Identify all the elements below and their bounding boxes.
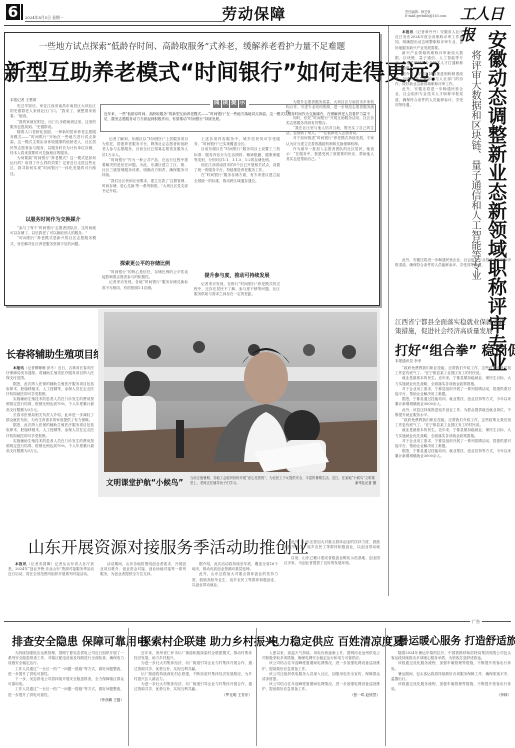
paragraph: 此外，安徽还将进一步畅通民营企业、社会组织专业技术人才职称申报渠道，确保符合条件… [395, 258, 511, 268]
reading-tip-char: 阅 [213, 100, 221, 108]
paragraph: “我们社区快和区里要求，建立完善了‘注册管理、时间存储、爱心兑换’等一系列制度。… [102, 179, 188, 195]
paragraph: 长春市医保局相关负责人介绍，此举进一步减轻了群众就医负担，为有生育需求的家庭提供… [6, 413, 94, 423]
paragraph: 新兴产业领域的职称评审新设大数据、区块链、量子通信、人工智能等专业，为相关领域的… [395, 51, 463, 72]
lead-label: 本报讯 [402, 30, 413, 34]
paragraph: 对于如何推进“时间银行”养老模式持续发展，专家认为应当建立完善的激励机制和兑换保… [286, 136, 374, 146]
paragraph: “政府免费教我们职业技能，还帮我们介绍工作，这些政策让我们找工作更有底气了。”在… [395, 418, 511, 428]
editor-email: E-mail:grrbshb@163.com [405, 14, 446, 18]
paragraph: “参与了每个‘时间银行’志愿者团队后，这时间就可以存储了，以后我老了可以换取别人… [10, 226, 96, 236]
paragraph: 为持续加强低压运维管理，国网宁夏吴忠供电公司近日组织开展了一系列安全隐患排查工作… [8, 651, 124, 667]
paragraph: 此外，该县还持续推进返乡创业工作，为群众提供就近就业岗位，不断提升就业服务水平。 [395, 408, 511, 418]
paragraph: 活动期间，山东各地将围绕创业者需求，开展创业项目推介、创业资金对接、创业场地对接… [100, 562, 186, 578]
right-column-rule [388, 26, 389, 596]
jiangxi-headline: 打好“组合拳” 稳岗促就业 [395, 340, 515, 359]
ad-story-4-body: 随着2024年暑运序幕的拉开，中国铁路呼和浩特局集团有限公司包头客运段持续推出多… [391, 651, 511, 745]
paragraph: 就业是最基本的民生。近年来，宁都县紧扣稳就业、保民生目标，大力实施就业优先战略，… [395, 428, 511, 438]
ad-column-rule-2 [256, 628, 257, 746]
paragraph: 据悉，此次纳入医保的辅助生殖医疗服务项目包括取卵术、胚胎移植术、人工授精等，参保… [6, 382, 94, 398]
paragraph: 暑运期间，包头客运段将持续做好各项服务保障工作，确保旅客平安、温馨出行。 [391, 672, 511, 682]
right-story-subtitle: 将评审大数据和区块链、量子通信和人工智能等专业 [468, 50, 482, 280]
ad-story-3-credit: （张一鸣 赵欣然） [262, 693, 380, 698]
paragraph: 记者了解到，东湖区以“时间银行”上居服务项目为依托，搭建养老服务平台，吸纳社会志… [102, 137, 188, 158]
paragraph: “时间银行”的核心是信任，存储比例的公平性直接影响着志愿者参与的积极性。 [102, 270, 188, 280]
paragraph: 工作人员通过“一台区一档”“一问题一措施”等方式，做好问题整改，进一步提升了供电… [8, 687, 124, 697]
lead-label: 本报讯 [15, 562, 27, 566]
right-story-body-wide: 此外，安徽还将进一步畅通民营企业、社会组织专业技术人才职称申报渠道，确保符合条件… [395, 258, 511, 282]
main-col1: 吃过早饭后，家住江西省南昌市南昌区大坝社区的史德群老人来到社区门口。“我来了，就… [10, 104, 96, 214]
jiangxi-kicker: 江西省宁都县全面落实稳就业保就业政策措施，促进社会经济高质量发展 [395, 318, 511, 336]
ad-story-4-credit: （李林） [391, 693, 511, 698]
paragraph: “时间银行”养老模式是新兴的社区志愿服务模式，旨在解决社区养老服务资源不足的问题… [10, 236, 96, 246]
paragraph: “时间银行”作为一种公共产品，在运行过程中需要解决的是信任问题。为此，东湖区建立… [102, 158, 188, 179]
lead-source: （记者黄丹丹） [413, 30, 440, 34]
ad-story-4-headline: 暑运暖心服务 打造舒适旅途 [398, 633, 515, 648]
ad-story-3-headline: 电力稳定供应 百姓清凉度夏 [268, 633, 404, 649]
paragraph: 工作人员通过“一台区一档”“一问题一措施”等方式，做好问题整改，进一步提升了供电… [8, 667, 124, 677]
main-headline: 新型互助养老模式“时间银行”如何走得更远？ [4, 56, 380, 87]
paragraph: 作为最早一批加入志愿者团队的社区居民，她表示：“在服务中，我感受到了被需要的快乐… [286, 147, 374, 163]
shandong-col3: 据介绍，此次活动将持续至年底，覆盖全省16个地市，推动优质创业资源向基层延伸。 … [192, 562, 278, 608]
ad-story-1-body: 为持续加强低压运维管理，国网宁夏吴忠供电公司近日组织开展了一系列安全隐患排查工作… [8, 651, 124, 745]
main-kicker: 一些地方试点探索“低龄存时间、高龄取服务”式养老，缓解养老看护力量不足难题 [4, 40, 380, 52]
main-col3: 上述各项内容服务中，城乡居民均可享受服务，“时间银行”已实现覆盖全区。 目前东湖… [194, 137, 280, 267]
photo-illustration-icon [104, 312, 377, 472]
paragraph: “我的家就在附近，出门几步路就到这里。这里的服务也很周到。”史德群说。 [10, 120, 96, 130]
main-col2: 记者了解到，东湖区以“时间银行”上居服务项目为依托，搭建养老服务平台，吸纳社会志… [102, 137, 188, 255]
ad-column-rule-1 [128, 628, 129, 746]
jiangxi-body: “政府免费教我们职业技能，还帮我们介绍工作，这些政策让我们找工作更有底气了。”在… [395, 366, 511, 592]
paragraph: 此外，安徽还将进一步畅通民营企业、社会组织专业技术人才职称申报渠道，确保符合条件… [395, 87, 463, 108]
paragraph: 吃过早饭后，家住江西省南昌市南昌区大坝社区的史德群老人来到社区门口。“我来了，就… [10, 104, 96, 120]
main-col3-cont: 记者采访发现，在推行“时间银行”养老模式的过程中，还存在居民不了解、参与度不够等… [194, 282, 280, 302]
reading-tip-char: 提 [230, 100, 238, 108]
paragraph: 现在江西省南昌市的5个区已开展相关试点，设置了统一的服务平台，持续推进养老服务工… [194, 163, 280, 173]
page-number-bar [21, 4, 23, 20]
ad-story-2-credit: （罗光明 王芳东） [134, 693, 252, 698]
paragraph: 该公司结合往年迎峰度夏期间电网情况，进一步加强电网设备巡视维护，提前做好应急准备… [262, 661, 380, 671]
paragraph: 随着人口老龄化加剧，一种新的居家养老志愿服务模式——“时间银行”开始在一些地方进… [10, 130, 96, 156]
main-col1-cont: “参与了每个‘时间银行’志愿者团队后，这时间就可以存储了，以后我老了可以换取别人… [10, 226, 96, 302]
paragraph: 入夏以来，高温天气持续，用电负荷逐渐上升，国网河北沧州供电公司积极采取多项措施，… [262, 651, 380, 661]
main-col2-cont: “时间银行”的核心是信任，存储比例的公平性直接影响着志愿者参与的积极性。 记者采… [102, 270, 188, 302]
ad-story-3-body: 入夏以来，高温天气持续，用电负荷逐渐上升，国网河北沧州供电公司积极采取多项措施，… [262, 651, 380, 745]
paragraph: 为进一步壮大村集体经济，坛厂街道引导企业与村集体开展合作，通过资源共享、优势互补… [134, 661, 252, 671]
paragraph: 在“时间银行”服务存储方面，有专家建议建立起全国统一的标准，推动跨区域通存通兑。 [194, 173, 280, 183]
lead-source: （记者柳姗姗 彭冬） [24, 366, 58, 370]
paragraph: 该段通过优化服务流程、加强车厢管理等措施，不断提升旅客出行体验。 [391, 682, 511, 692]
paragraph: 本报讯（记者黄丹丹）安徽省人社厅近日发布2024年度全省职称评审工作通知，明确提… [395, 30, 463, 51]
shandong-col1: 本报讯（记者邓国卿）记者从山东省人社厅获悉，2024年“创业齐鲁·乐业山东”资源… [8, 562, 94, 608]
paragraph: 上述各项内容服务中，城乡居民均可享受服务，“时间银行”已实现覆盖全区。 [194, 137, 280, 147]
paragraph: 同时，依托“时间银行”开展互助服务活动，社区各类志愿服务得到有效整合。 [286, 116, 374, 126]
masthead-rule-left [25, 21, 225, 22]
shandong-headline: 山东开展资源对接服务季活动助推创业 [28, 534, 309, 558]
paragraph: 对于企业用工需求，宁都县组织开展了一系列招聘活动，搭建供需对接平台，帮助企业解决… [395, 387, 511, 397]
paragraph: 该公司结合往年迎峰度夏期间电网情况，进一步加强电网设备巡视维护，提前做好应急准备… [262, 682, 380, 692]
caption-body: 当前正值暑期，各地工会组织纷纷开展“爱心托管班”，为农民工子女提供安全、丰富的暑… [190, 476, 375, 485]
main-subhead-3: 提升参与度，推动可持续发展 [194, 272, 280, 279]
paragraph: 此外，山东还将加大对重点群体创业的扶持力度，鼓励高校毕业生、返乡农民工等群体积极… [192, 572, 278, 588]
main-byline: 本报记者 王楚琪 [10, 98, 36, 103]
paragraph: 据介绍，此次活动将持续至年底，覆盖全省16个地市，推动优质创业资源向基层延伸。 [192, 562, 278, 572]
photo-caption-text: 当前正值暑期，各地工会组织纷纷开展“爱心托管班”，为农民工子女提供安全、丰富的暑… [190, 476, 376, 486]
paragraph: “政府免费教我们职业技能，还帮我们介绍工作，这些政策让我们找工作更有底气了。”在… [395, 366, 511, 376]
paragraph: 坛厂街道将持续深化村企联建，不断拓宽村集体经济发展路径，为乡村振兴注入新活力。 [134, 672, 252, 682]
jilin-body: 本报讯（记者柳姗姗 彭冬）近日，吉林省长春市医疗保障局发布通知，将辅助生殖类医疗… [6, 366, 94, 528]
reading-tip-char: 读 [222, 100, 230, 108]
paragraph: 下一步，吴忠供电公司将持续开展安全隐患排查，全力保障辖区群众可靠用电。 [8, 677, 124, 687]
paragraph: 据介绍，安徽将持续推进职称制度改革，加强行业主管部门与人社部门的协作，做好新业态… [395, 72, 463, 88]
paragraph: 为进一步壮大村集体经济，坛厂街道引导企业与村集体开展合作，通过资源共享、优势互补… [134, 682, 252, 692]
paragraph: 该公司还组织供电服务人员深入社区，加强用电安全宣传，保障群众清凉度夏。 [262, 672, 380, 682]
paragraph: 记者采访发现，各地“时间银行”服务存储兑换标准不尽相同，有的按照1:1存储。 [102, 280, 188, 290]
paragraph: 为何要搞“时间银行”养老模式？这一模式是如何运行的？取得了什么样的效果？记者近日… [10, 156, 96, 177]
paragraph: 实施辅助生殖技术的患者人员在门诊发生的费用按照规定进行结算，报销比例达到70%，… [6, 439, 94, 455]
shandong-col4: 此外，山东还将加大对重点群体创业的扶持力度，鼓励高校毕业生、返乡农民工等群体积极… [284, 540, 380, 608]
paragraph: 为提升志愿者服务质量，大坝社区与南昌市多家机构合作，引进专业培训资源，进一步规范… [286, 100, 374, 116]
ad-section-rule [4, 621, 511, 622]
paragraph: 对于企业用工需求，宁都县组织开展了一系列招聘活动，搭建供需对接平台，帮助企业解决… [395, 439, 511, 449]
editor-credit: 责任编辑：韩芸萱 E-mail:grrbshb@163.com [405, 10, 446, 18]
lead-source: （记者邓国卿） [27, 562, 55, 566]
main-col4: 为提升志愿者服务质量，大坝社区与南昌市多家机构合作，引进专业培训资源，进一步规范… [286, 100, 374, 302]
section-title: 劳动保障 [222, 3, 286, 24]
paragraph: 据悉，宁都县通过技能培训、就业帮扶、创业扶持等方式，今年以来累计新增城镇就业30… [395, 449, 511, 459]
paragraph: 据悉，此次纳入医保的辅助生殖医疗服务项目包括取卵术、胚胎移植术、人工授精等，参保… [6, 423, 94, 439]
paragraph: 目前，山东已累计建成省级创业孵化示范基地、创业园区多家，为创业者提供了良好的发展… [284, 556, 380, 566]
ad-column-rule-3 [385, 628, 386, 746]
paragraph: 据悉，宁都县通过技能培训、就业帮扶、创业扶持等方式，今年以来累计新增城镇就业30… [395, 397, 511, 407]
paragraph: 近年来，贵州省仁怀市坛厂街道积极探索村企联建模式，推动村集体经济发展，助力乡村振… [134, 651, 252, 661]
paragraph: 记者采访发现，在推行“时间银行”养老模式的过程中，还存在居民不了解、参与度不够等… [194, 282, 280, 298]
ad-label: 广告 [470, 619, 482, 625]
paragraph: 该段通过优化服务流程、加强车厢管理等措施，不断提升旅客出行体验。 [391, 661, 511, 671]
paragraph: 此外，山东还将加大对重点群体创业的扶持力度，鼓励高校毕业生、返乡农民工等群体积极… [284, 540, 380, 556]
paragraph: 实施辅助生殖技术的患者人员在门诊发生的费用按照规定进行结算，报销比例达到70%，… [6, 397, 94, 413]
paragraph: 随着2024年暑运序幕的拉开，中国铁路呼和浩特局集团有限公司包头客运段持续推出多… [391, 651, 511, 661]
lead-label: 本报讯 [13, 366, 24, 370]
reading-tip-char: 示 [239, 100, 247, 108]
masthead-rule [4, 25, 511, 26]
paragraph: “我在社区里与他人结对互助，既充实了自己的生活，也帮助了别人。”一位低龄老人志愿… [286, 126, 374, 136]
reading-tip-label: 阅 读 提 示 [210, 100, 249, 108]
right-story-body: 本报讯（记者黄丹丹）安徽省人社厅近日发布2024年度全省职称评审工作通知，明确提… [395, 30, 463, 260]
photo-credit: 新华社记者 摄 [355, 481, 376, 486]
paragraph: 本报讯（记者邓国卿）记者从山东省人社厅获悉，2024年“创业齐鲁·乐业山东”资源… [8, 562, 94, 578]
ad-story-1-credit: （李彦鹏 王磊） [8, 698, 124, 703]
paragraph: 就业是最基本的民生。近年来，宁都县紧扣稳就业、保民生目标，大力实施就业优先战略，… [395, 376, 511, 386]
main-subhead-2: 探索更公平的存储比例 [102, 260, 188, 267]
shandong-col2: 活动期间，山东各地将围绕创业者需求，开展创业项目推介、创业资金对接、创业场地对接… [100, 562, 186, 608]
classroom-photo [104, 312, 377, 472]
paragraph: 目前东湖区在“时间银行”服务项目上设置了三档标准：服务内容分为生活照料、精神慰藉… [194, 147, 280, 163]
ad-story-2-body: 近年来，贵州省仁怀市坛厂街道积极探索村企联建模式，推动村集体经济发展，助力乡村振… [134, 651, 252, 745]
jiangxi-byline: 本报通讯员 李孝 [395, 359, 421, 364]
photo-caption-title: 文明课堂护航“小候鸟” [106, 477, 183, 488]
page-number: 6 [6, 4, 20, 20]
paragraph: 本报讯（记者柳姗姗 彭冬）近日，吉林省长春市医疗保障局发布通知，将辅助生殖类医疗… [6, 366, 94, 382]
main-subhead-1: 以服务时间作为交换媒介 [10, 216, 96, 223]
